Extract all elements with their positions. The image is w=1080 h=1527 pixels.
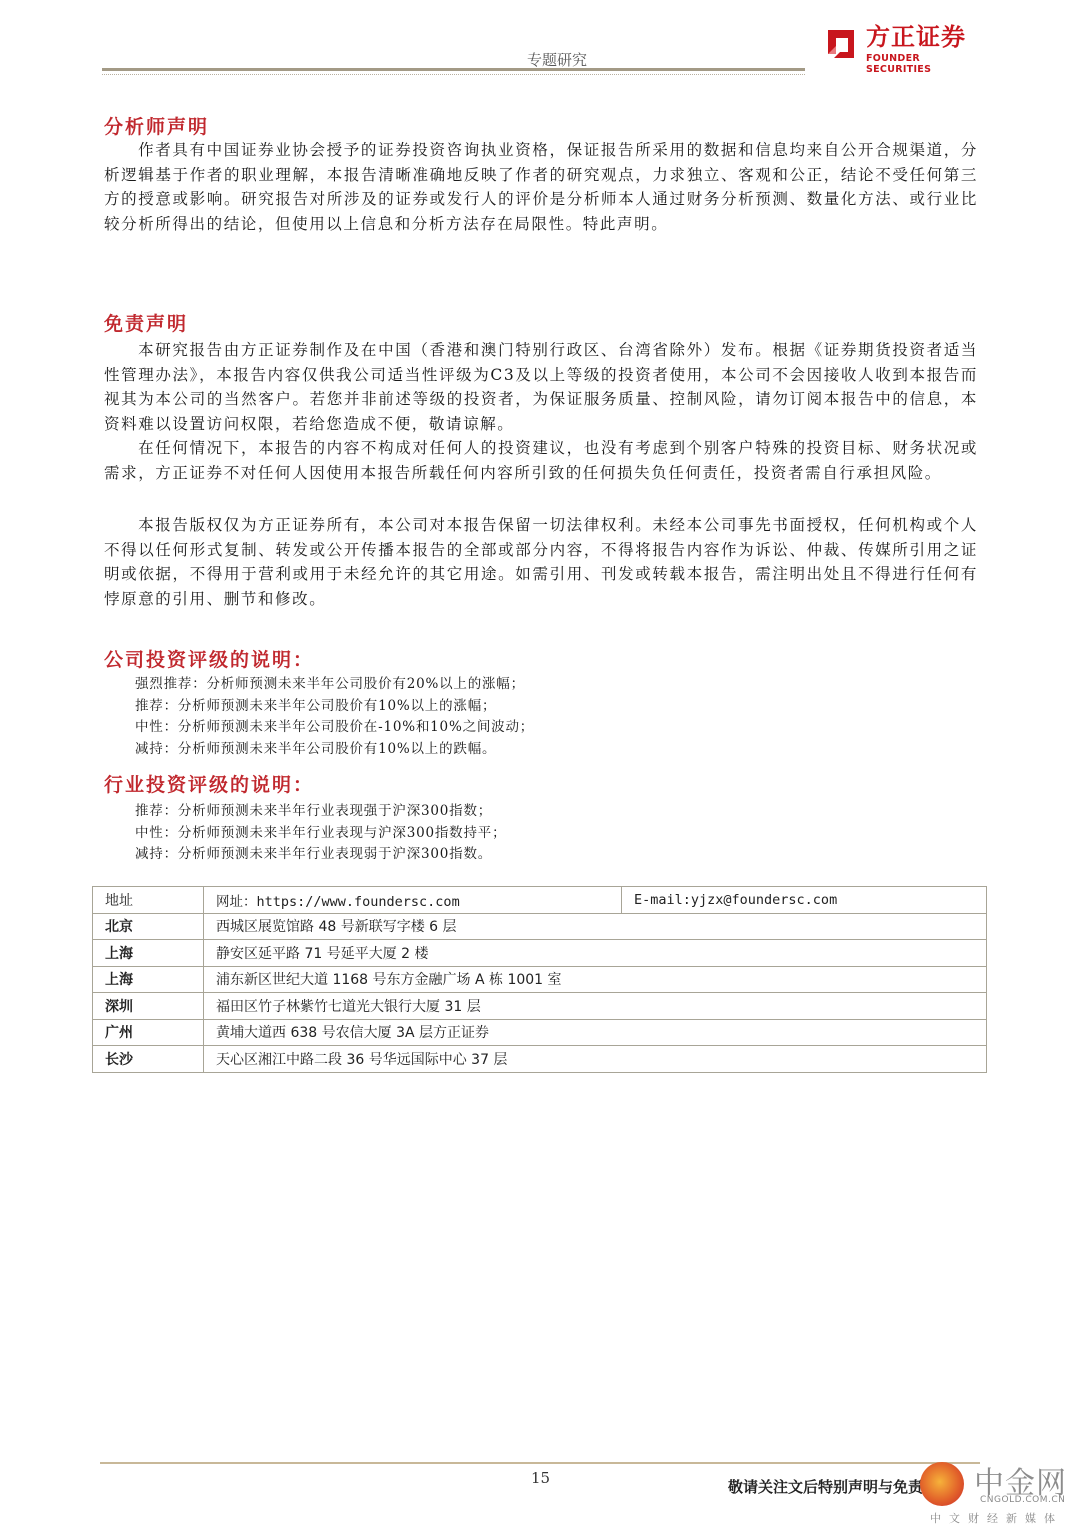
table-row: 上海 浦东新区世纪大道 1168 号东方金融广场 A 栋 1001 室 [93,966,987,993]
logo-name-en: FOUNDER SECURITIES [866,53,980,75]
address-cell: 天心区湘江中路二段 36 号华远国际中心 37 层 [204,1046,987,1073]
city-cell: 上海 [93,966,204,993]
company-rating-list: 强烈推荐：分析师预测未来半年公司股价有20%以上的涨幅； 推荐：分析师预测未来半… [135,674,534,760]
disclaimer-paragraph-3: 本报告版权仅为方正证券所有，本公司对本报告保留一切法律权利。未经本公司事先书面授… [104,513,978,611]
founder-logo-icon [820,24,860,64]
analyst-statement-paragraph: 作者具有中国证券业协会授予的证券投资咨询执业资格，保证报告所采用的数据和信息均来… [104,138,978,236]
analyst-statement-title: 分析师声明 [104,112,209,139]
rating-item-buy: 推荐：分析师预测未来半年公司股价有10%以上的涨幅； [135,696,534,718]
rating-item-strong-buy: 强烈推荐：分析师预测未来半年公司股价有20%以上的涨幅； [135,674,534,696]
logo-name-cn: 方正证券 [866,22,966,52]
table-row: 深圳 福田区竹子林紫竹七道光大银行大厦 31 层 [93,993,987,1020]
address-table-header-row: 地址 网址：https://www.foundersc.com E-mail:y… [93,887,987,914]
industry-rating-item-reduce: 减持：分析师预测未来半年行业表现弱于沪深300指数。 [135,844,506,866]
cngold-logo-icon [920,1462,964,1506]
address-cell: 黄埔大道西 638 号农信大厦 3A 层方正证券 [204,1019,987,1046]
header-title: 专题研究 [527,49,587,70]
table-row: 广州 黄埔大道西 638 号农信大厦 3A 层方正证券 [93,1019,987,1046]
watermark-domain: CNGOLD.COM.CN [980,1495,1065,1505]
company-rating-title: 公司投资评级的说明： [104,645,314,672]
website-cell[interactable]: 网址：https://www.foundersc.com [204,887,622,914]
city-cell: 长沙 [93,1046,204,1073]
address-cell: 静安区延平路 71 号延平大厦 2 楼 [204,940,987,967]
city-cell: 深圳 [93,993,204,1020]
industry-rating-item-buy: 推荐：分析师预测未来半年行业表现强于沪深300指数； [135,801,506,823]
industry-rating-list: 推荐：分析师预测未来半年行业表现强于沪深300指数； 中性：分析师预测未来半年行… [135,801,506,866]
address-table: 地址 网址：https://www.foundersc.com E-mail:y… [92,886,987,1073]
address-label: 地址 [93,887,204,914]
rating-item-neutral: 中性：分析师预测未来半年公司股价在-10%和10%之间波动； [135,717,534,739]
city-cell: 上海 [93,940,204,967]
disclaimer-title: 免责声明 [104,309,188,336]
header-dotted-rule [102,74,805,75]
address-cell: 福田区竹子林紫竹七道光大银行大厦 31 层 [204,993,987,1020]
address-cell: 浦东新区世纪大道 1168 号东方金融广场 A 栋 1001 室 [204,966,987,993]
watermark-tagline: 中文财经新媒体 [930,1510,1063,1526]
cngold-watermark: 中金网 CNGOLD.COM.CN 中文财经新媒体 [920,1462,1080,1524]
table-row: 北京 西城区展览馆路 48 号新联写字楼 6 层 [93,913,987,940]
rating-item-reduce: 减持：分析师预测未来半年公司股价有10%以上的跌幅。 [135,739,534,761]
page-number: 15 [531,1469,550,1487]
founder-securities-logo: 方正证券 FOUNDER SECURITIES [820,22,980,67]
table-row: 长沙 天心区湘江中路二段 36 号华远国际中心 37 层 [93,1046,987,1073]
address-cell: 西城区展览馆路 48 号新联写字楼 6 层 [204,913,987,940]
header-rule [102,68,805,71]
table-row: 上海 静安区延平路 71 号延平大厦 2 楼 [93,940,987,967]
industry-rating-item-neutral: 中性：分析师预测未来半年行业表现与沪深300指数持平； [135,823,506,845]
email-cell[interactable]: E-mail:yjzx@foundersc.com [622,887,987,914]
footer-rule [100,1462,980,1464]
city-cell: 广州 [93,1019,204,1046]
disclaimer-paragraph-1: 本研究报告由方正证券制作及在中国（香港和澳门特别行政区、台湾省除外）发布。根据《… [104,338,978,436]
disclaimer-paragraph-2: 在任何情况下，本报告的内容不构成对任何人的投资建议，也没有考虑到个别客户特殊的投… [104,436,978,485]
industry-rating-title: 行业投资评级的说明： [104,770,314,797]
city-cell: 北京 [93,913,204,940]
